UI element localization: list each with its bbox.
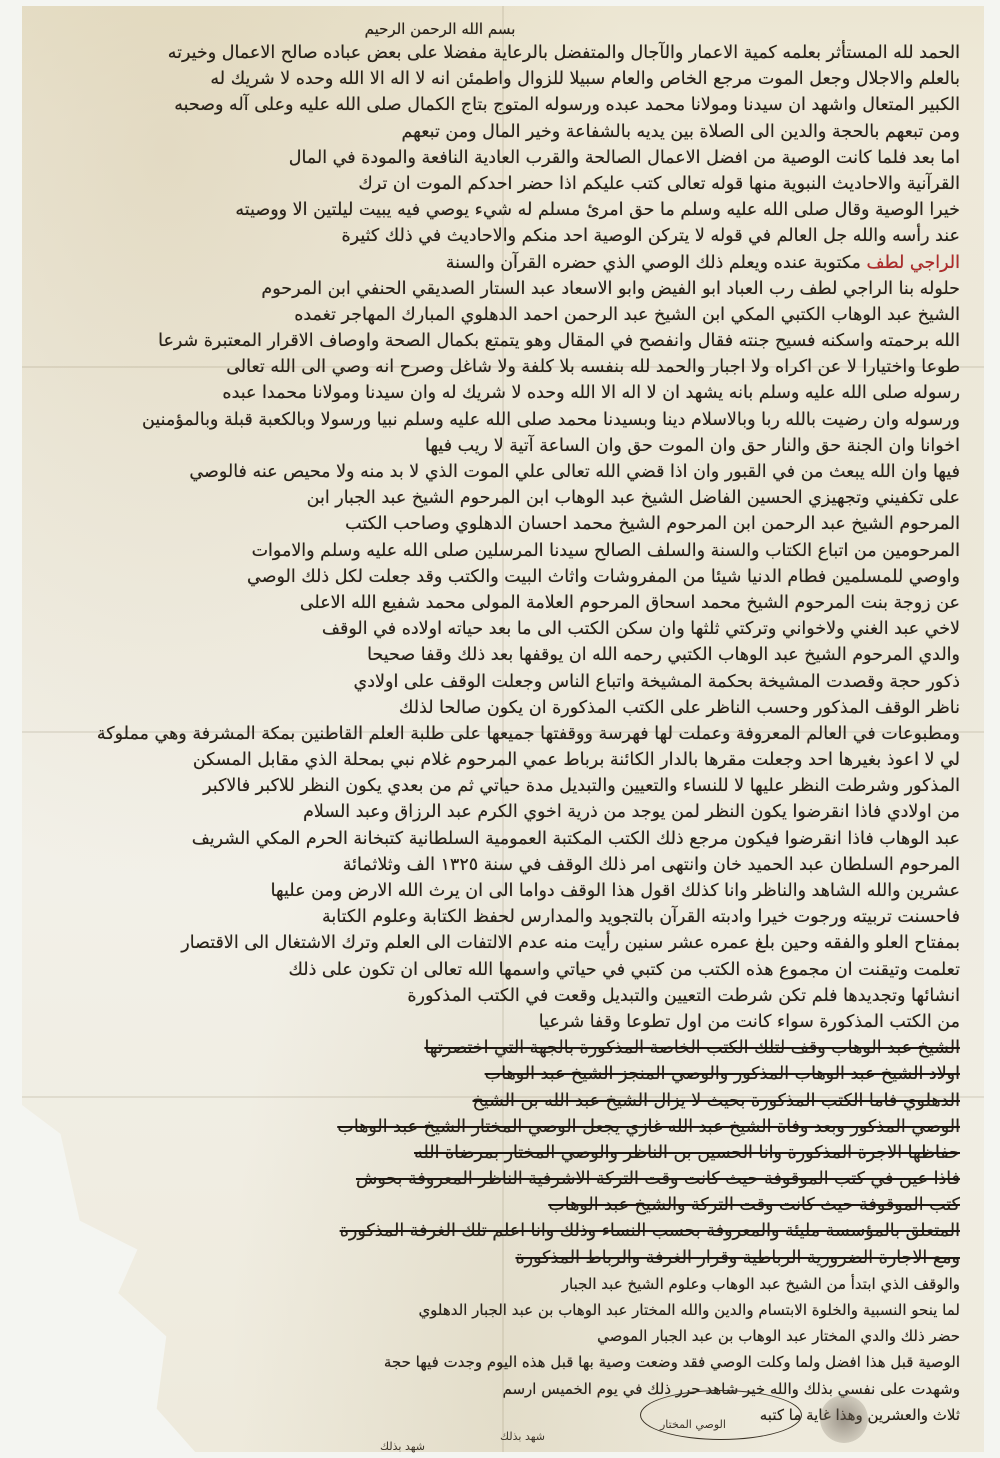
struck-line: حفاظها الاجرة المذكورة وانا الحسين بن ال…: [40, 1140, 960, 1166]
closing-line: الوصية قبل هذا افضل ولما وكلت الوصي فقد …: [40, 1349, 960, 1375]
manuscript-text: بسم الله الرحمن الرحيم الحمد لله المستأث…: [40, 18, 960, 1428]
text-line: خيرا الوصية وقال صلى الله عليه وسلم ما ح…: [40, 197, 960, 223]
text-line: ومن تبعهم بالحجة والدين الى الصلاة بين ي…: [40, 119, 960, 145]
witness-signature: شهد بذلك: [380, 1440, 425, 1453]
text-line: الحمد لله المستأثر بعلمه كمية الاعمار وا…: [40, 40, 960, 66]
text-line: المرحومين من اتباع الكتاب والسنة والسلف …: [40, 538, 960, 564]
closing-line: والوقف الذي ابتدأ من الشيخ عبد الوهاب وع…: [40, 1271, 960, 1297]
text-line: المرحوم السلطان عبد الحميد خان وانتهى ام…: [40, 852, 960, 878]
text-line: المذكور وشرطت النظر عليها لا للنساء والت…: [40, 773, 960, 799]
text-line-with-red-ink: الراجي لطف مكتوبة عنده ويعلم ذلك الوصي ا…: [40, 250, 960, 276]
text-line: فيها وان الله يبعث من في القبور وان اذا …: [40, 459, 960, 485]
text-line: عشرين والله الشاهد والناظر وانا كذلك اقو…: [40, 878, 960, 904]
text-line: الشيخ عبد الوهاب الكتبي المكي ابن الشيخ …: [40, 302, 960, 328]
struck-line: الدهلوي فاما الكتب المذكورة بحيث لا يزال…: [40, 1088, 960, 1114]
text-line: الله برحمته واسكنه فسيح جنته فقال وانفصح…: [40, 328, 960, 354]
basmala: بسم الله الرحمن الرحيم: [40, 18, 960, 40]
struck-line: الوصي المذكور وبعد وفاة الشيخ عبد الله غ…: [40, 1114, 960, 1140]
witness-signature: شهد بذلك: [500, 1430, 545, 1443]
text-line: لاخي عبد الغني ولاخواني وتركتي ثلثها وان…: [40, 616, 960, 642]
text-line: ورسوله وان رضيت بالله ربا وبالاسلام دينا…: [40, 407, 960, 433]
text-line: عبد الوهاب فاذا انقرضوا فيكون مرجع ذلك ا…: [40, 826, 960, 852]
text-line: عن زوجة بنت المرحوم الشيخ محمد اسحاق الم…: [40, 590, 960, 616]
struck-line: اولاد الشيخ عبد الوهاب المذكور والوصي ال…: [40, 1061, 960, 1087]
text-line: بمفتاح العلو والفقه وحين بلغ عمره عشر سن…: [40, 930, 960, 956]
text-line: واوصي للمسلمين فطام الدنيا شيئا من المفر…: [40, 564, 960, 590]
text-line: القرآنية والاحاديث النبوية منها قوله تعا…: [40, 171, 960, 197]
text-line: تعلمت وتيقنت ان مجموع هذه الكتب من كتبي …: [40, 957, 960, 983]
struck-line: كتب الموقوفة حيث كانت وقت التركة والشيخ …: [40, 1192, 960, 1218]
text-line: اخوانا وان الجنة حق والنار حق وان الموت …: [40, 433, 960, 459]
text-line: اما بعد فلما كانت الوصية من افضل الاعمال…: [40, 145, 960, 171]
text-line: طوعا واختيارا لا عن اكراه ولا اجبار والح…: [40, 354, 960, 380]
signature-oval: [640, 1390, 802, 1440]
text-line: الكبير المتعال واشهد ان سيدنا ومولانا مح…: [40, 92, 960, 118]
text-line: رسوله صلى الله عليه وسلم بانه يشهد ان لا…: [40, 380, 960, 406]
text-line: ذكور حجة وقصدت المشيخة بحكمة المشيخة وات…: [40, 669, 960, 695]
text-segment: مكتوبة عنده ويعلم ذلك الوصي الذي حضره ال…: [446, 253, 861, 273]
text-line: لي لا اعوذ بغيرها احد وجعلت مقرها بالدار…: [40, 747, 960, 773]
text-line: المرحوم الشيخ عبد الرحمن ابن المرحوم الش…: [40, 511, 960, 537]
closing-line: وشهدت على نفسي بذلك والله خير شاهد حرر ذ…: [40, 1376, 960, 1402]
text-line: حلوله بنا الراجي لطف رب العباد ابو الفيض…: [40, 276, 960, 302]
struck-line: المتعلق بالمؤسسة مليئة والمعروفة بحسب ال…: [40, 1218, 960, 1244]
text-line: ومطبوعات في العالم المعروفة وعملت لها فه…: [40, 721, 960, 747]
text-line: من الكتب المذكورة سواء كانت من اول تطوعا…: [40, 1009, 960, 1035]
closing-line: حضر ذلك والدي المختار عبد الوهاب بن عبد …: [40, 1323, 960, 1349]
text-line: انشائها وتجديدها فلم تكن شرطت التعيين وا…: [40, 983, 960, 1009]
closing-line: لما ينحو النسبية والخلوة الابتسام والدين…: [40, 1297, 960, 1323]
text-line: فاحسنت تربيته ورجوت خيرا وادبته القرآن ب…: [40, 904, 960, 930]
text-line: عند رأسه والله جل العالم في قوله لا يترك…: [40, 223, 960, 249]
text-line: بالعلم والاجلال وجعل الموت مرجع الخاص وا…: [40, 66, 960, 92]
text-line: والدي المرحوم الشيخ عبد الوهاب الكتبي رح…: [40, 642, 960, 668]
text-line: من اولادي فاذا انقرضوا يكون النظر لمن يو…: [40, 799, 960, 825]
red-ink-word: لطف: [866, 253, 904, 273]
ink-seal: [820, 1395, 868, 1443]
seal-label: الوصي المختار: [660, 1418, 726, 1431]
struck-line: فاذا عين في كتب الموقوفة حيث كانت وقت ال…: [40, 1166, 960, 1192]
text-line: ناظر الوقف المذكور وحسب الناظر على الكتب…: [40, 695, 960, 721]
struck-line: الشيخ عبد الوهاب وقف لتلك الكتب الخاصة ا…: [40, 1035, 960, 1061]
struck-line: ومع الاجارة الضرورية الرباطية وقرار الغر…: [40, 1245, 960, 1271]
red-ink-word: الراجي: [910, 253, 960, 273]
text-line: على تكفيني وتجهيزي الحسين الفاضل الشيخ ع…: [40, 485, 960, 511]
